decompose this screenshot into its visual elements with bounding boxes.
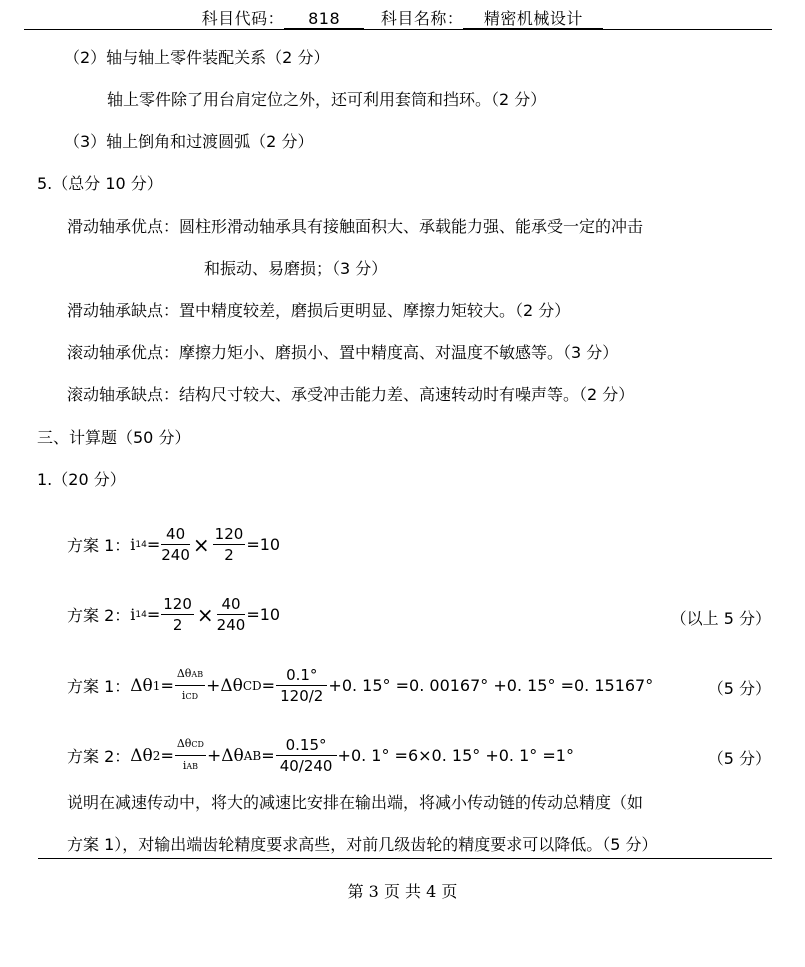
rolling-bearing-pros: 滚动轴承优点：摩擦力矩小、磨损小、置中精度高、对温度不敏感等。（3 分） bbox=[67, 345, 618, 361]
item2-title: （2）轴与轴上零件装配关系（2 分） bbox=[64, 50, 329, 66]
times-sign: × bbox=[193, 533, 210, 557]
score-5-plan2: （5 分） bbox=[708, 746, 771, 769]
fraction: 0.1°120/2 bbox=[276, 665, 327, 706]
plan1-error-label: 方案 1： bbox=[67, 674, 130, 697]
score-5-plan1: （5 分） bbox=[708, 676, 771, 699]
page-header: 科目代码：818 科目名称：精密机械设计 bbox=[0, 6, 805, 29]
plan1-label: 方案 1： bbox=[67, 533, 130, 556]
fraction: ΔθAB iCD bbox=[175, 664, 205, 707]
subject-name-value: 精密机械设计 bbox=[463, 10, 603, 29]
sliding-cons-label: 滑动轴承缺点： bbox=[67, 301, 179, 320]
sliding-bearing-pros: 滑动轴承优点：圆柱形滑动轴承具有接触面积大、承载能力强、能承受一定的冲击 bbox=[67, 219, 643, 235]
plan1-error-formula: 方案 1： Δθ1= ΔθAB iCD +ΔθCD= 0.1°120/2 +0.… bbox=[67, 664, 653, 707]
fraction: 40240 bbox=[217, 594, 246, 635]
item3-title: （3）轴上倒角和过渡圆弧（2 分） bbox=[64, 134, 313, 150]
ratio-result: =10 bbox=[246, 605, 280, 624]
sliding-bearing-cons: 滑动轴承缺点：置中精度较差，磨损后更明显、摩擦力矩较大。（2 分） bbox=[67, 303, 570, 319]
subject-code-label: 科目代码： bbox=[202, 9, 285, 28]
page-number: 第 3 页 共 4 页 bbox=[0, 879, 805, 902]
explanation-line-1: 说明在减速传动中，将大的减速比安排在输出端，将减小传动链的传动总精度（如 bbox=[67, 795, 643, 811]
explanation-line-2: 方案 1），对输出端齿轮精度要求高些，对前几级齿轮的精度要求可以降低。（5 分） bbox=[67, 837, 658, 853]
plan1-error-tail: +0. 15° =0. 00167° +0. 15° =0. 15167° bbox=[328, 676, 653, 695]
fraction: 1202 bbox=[161, 594, 194, 635]
score-above-5: （以上 5 分） bbox=[671, 606, 771, 629]
rolling-pros-label: 滚动轴承优点： bbox=[67, 343, 179, 362]
plan2-ratio-formula: 方案 2： i14= 1202 × 40240 =10 bbox=[67, 594, 280, 635]
rolling-cons-text: 结构尺寸较大、承受冲击能力差、高速转动时有噪声等。（2 分） bbox=[179, 385, 634, 404]
fraction: 40240 bbox=[161, 524, 190, 565]
ratio-sub: 14 bbox=[135, 540, 146, 550]
sliding-pros-text: 圆柱形滑动轴承具有接触面积大、承载能力强、能承受一定的冲击 bbox=[179, 217, 643, 236]
sliding-cons-text: 置中精度较差，磨损后更明显、摩擦力矩较大。（2 分） bbox=[179, 301, 570, 320]
plan2-label: 方案 2： bbox=[67, 603, 130, 626]
rolling-cons-label: 滚动轴承缺点： bbox=[67, 385, 179, 404]
subject-name-label: 科目名称： bbox=[381, 9, 464, 28]
section3-title: 三、计算题（50 分） bbox=[37, 430, 190, 446]
fraction: ΔθCD iAB bbox=[175, 734, 206, 777]
subject-code-value: 818 bbox=[284, 10, 364, 29]
ratio-sub: 14 bbox=[135, 610, 146, 620]
item2-answer: 轴上零件除了用台肩定位之外，还可利用套筒和挡环。（2 分） bbox=[107, 92, 546, 108]
fraction: 1202 bbox=[213, 524, 246, 565]
plan2-error-label: 方案 2： bbox=[67, 744, 130, 767]
header-divider bbox=[24, 29, 772, 30]
sliding-pros-continued: 和振动、易磨损；（3 分） bbox=[204, 261, 387, 277]
fraction: 0.15°40/240 bbox=[276, 735, 337, 776]
plan2-error-formula: 方案 2： Δθ2= ΔθCD iAB +ΔθAB= 0.15°40/240 +… bbox=[67, 734, 574, 777]
footer-divider bbox=[38, 858, 772, 859]
sliding-pros-label: 滑动轴承优点： bbox=[67, 217, 179, 236]
plan2-error-tail: +0. 1° =6×0. 15° +0. 1° =1° bbox=[338, 746, 574, 765]
plan1-ratio-formula: 方案 1： i14= 40240 × 1202 =10 bbox=[67, 524, 280, 565]
question5-title: 5.（总分 10 分） bbox=[37, 176, 163, 192]
ratio-result: =10 bbox=[246, 535, 280, 554]
rolling-pros-text: 摩擦力矩小、磨损小、置中精度高、对温度不敏感等。（3 分） bbox=[179, 343, 618, 362]
rolling-bearing-cons: 滚动轴承缺点：结构尺寸较大、承受冲击能力差、高速转动时有噪声等。（2 分） bbox=[67, 387, 634, 403]
times-sign: × bbox=[197, 603, 214, 627]
question1-title: 1.（20 分） bbox=[37, 472, 126, 488]
